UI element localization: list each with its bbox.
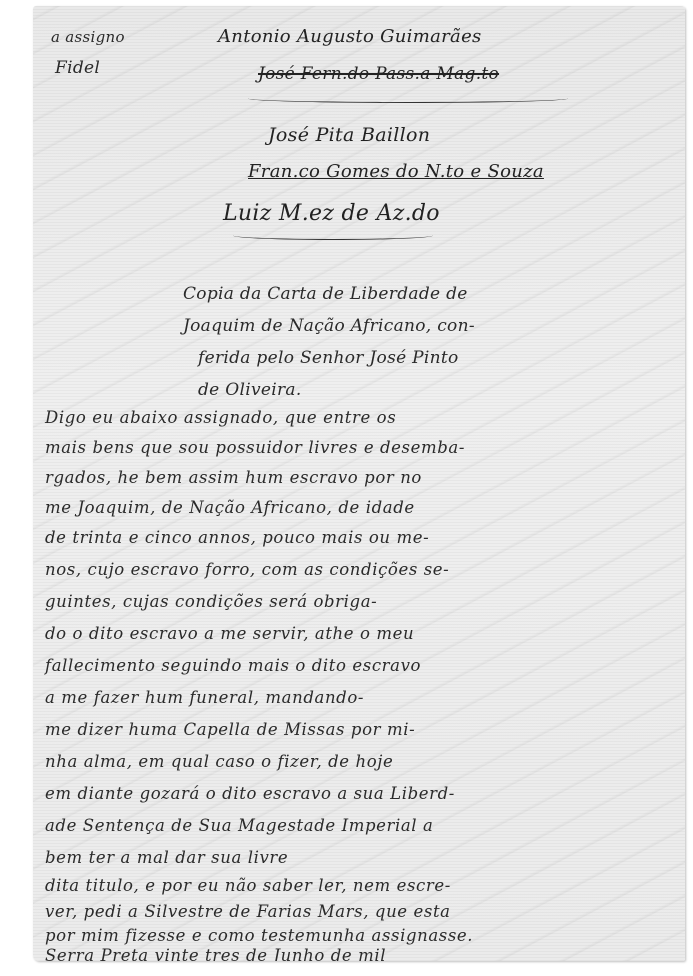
body-line-14: ade Sentença de Sua Magestade Imperial a <box>45 816 433 835</box>
body-line-9: fallecimento seguindo mais o dito escrav… <box>45 656 421 675</box>
title-line-3: ferida pelo Senhor José Pinto <box>198 348 459 368</box>
body-line-17: ver, pedi a Silvestre de Farias Mars, qu… <box>45 902 451 921</box>
body-line-16: dita titulo, e por eu não saber ler, nem… <box>45 876 451 895</box>
body-line-12: nha alma, em qual caso o fizer, de hoje <box>45 752 393 771</box>
signature-5: Luiz M.ez de Az.do <box>223 201 440 226</box>
body-line-8: do o dito escravo a me servir, athe o me… <box>45 624 414 643</box>
body-line-4: me Joaquim, de Nação Africano, de idade <box>45 498 415 517</box>
body-line-10: a me fazer hum funeral, mandando- <box>45 688 364 707</box>
body-line-7: guintes, cujas condições será obriga- <box>45 592 377 611</box>
signature-1: Antonio Augusto Guimarães <box>218 26 482 47</box>
body-line-11: me dizer huma Capella de Missas por mi- <box>45 720 415 739</box>
body-line-13: em diante gozará o dito escravo a sua Li… <box>45 784 455 803</box>
signature-3: José Pita Baillon <box>268 124 430 146</box>
margin-note-line-1: a assigno <box>51 28 125 46</box>
body-line-15: bem ter a mal dar sua livre <box>45 848 288 867</box>
body-line-1: Digo eu abaixo assignado, que entre os <box>45 408 396 427</box>
body-line-18: por mim fizesse e como testemunha assign… <box>45 926 473 945</box>
body-line-2: mais bens que sou possuidor livres e des… <box>45 438 465 457</box>
body-line-6: nos, cujo escravo forro, com as condiçõe… <box>45 560 449 579</box>
signature-4: Fran.co Gomes do N.to e Souza <box>248 161 544 182</box>
title-line-1: Copia da Carta de Liberdade de <box>183 284 468 304</box>
body-line-5: de trinta e cinco annos, pouco mais ou m… <box>45 528 429 547</box>
body-line-3: rgados, he bem assim hum escravo por no <box>45 468 422 487</box>
signature-flourish-2 <box>233 231 433 240</box>
manuscript-page: a assigno Fidel Antonio Augusto Guimarãe… <box>33 6 685 961</box>
margin-note-line-2: Fidel <box>55 58 100 78</box>
title-line-2: Joaquim de Nação Africano, con- <box>183 316 475 336</box>
signature-flourish <box>248 94 568 103</box>
body-line-19: Serra Preta vinte tres de Junho de mil <box>45 946 386 961</box>
title-line-4: de Oliveira. <box>198 380 302 400</box>
signature-2: José Fern.do Pass.a Mag.to <box>258 64 499 84</box>
